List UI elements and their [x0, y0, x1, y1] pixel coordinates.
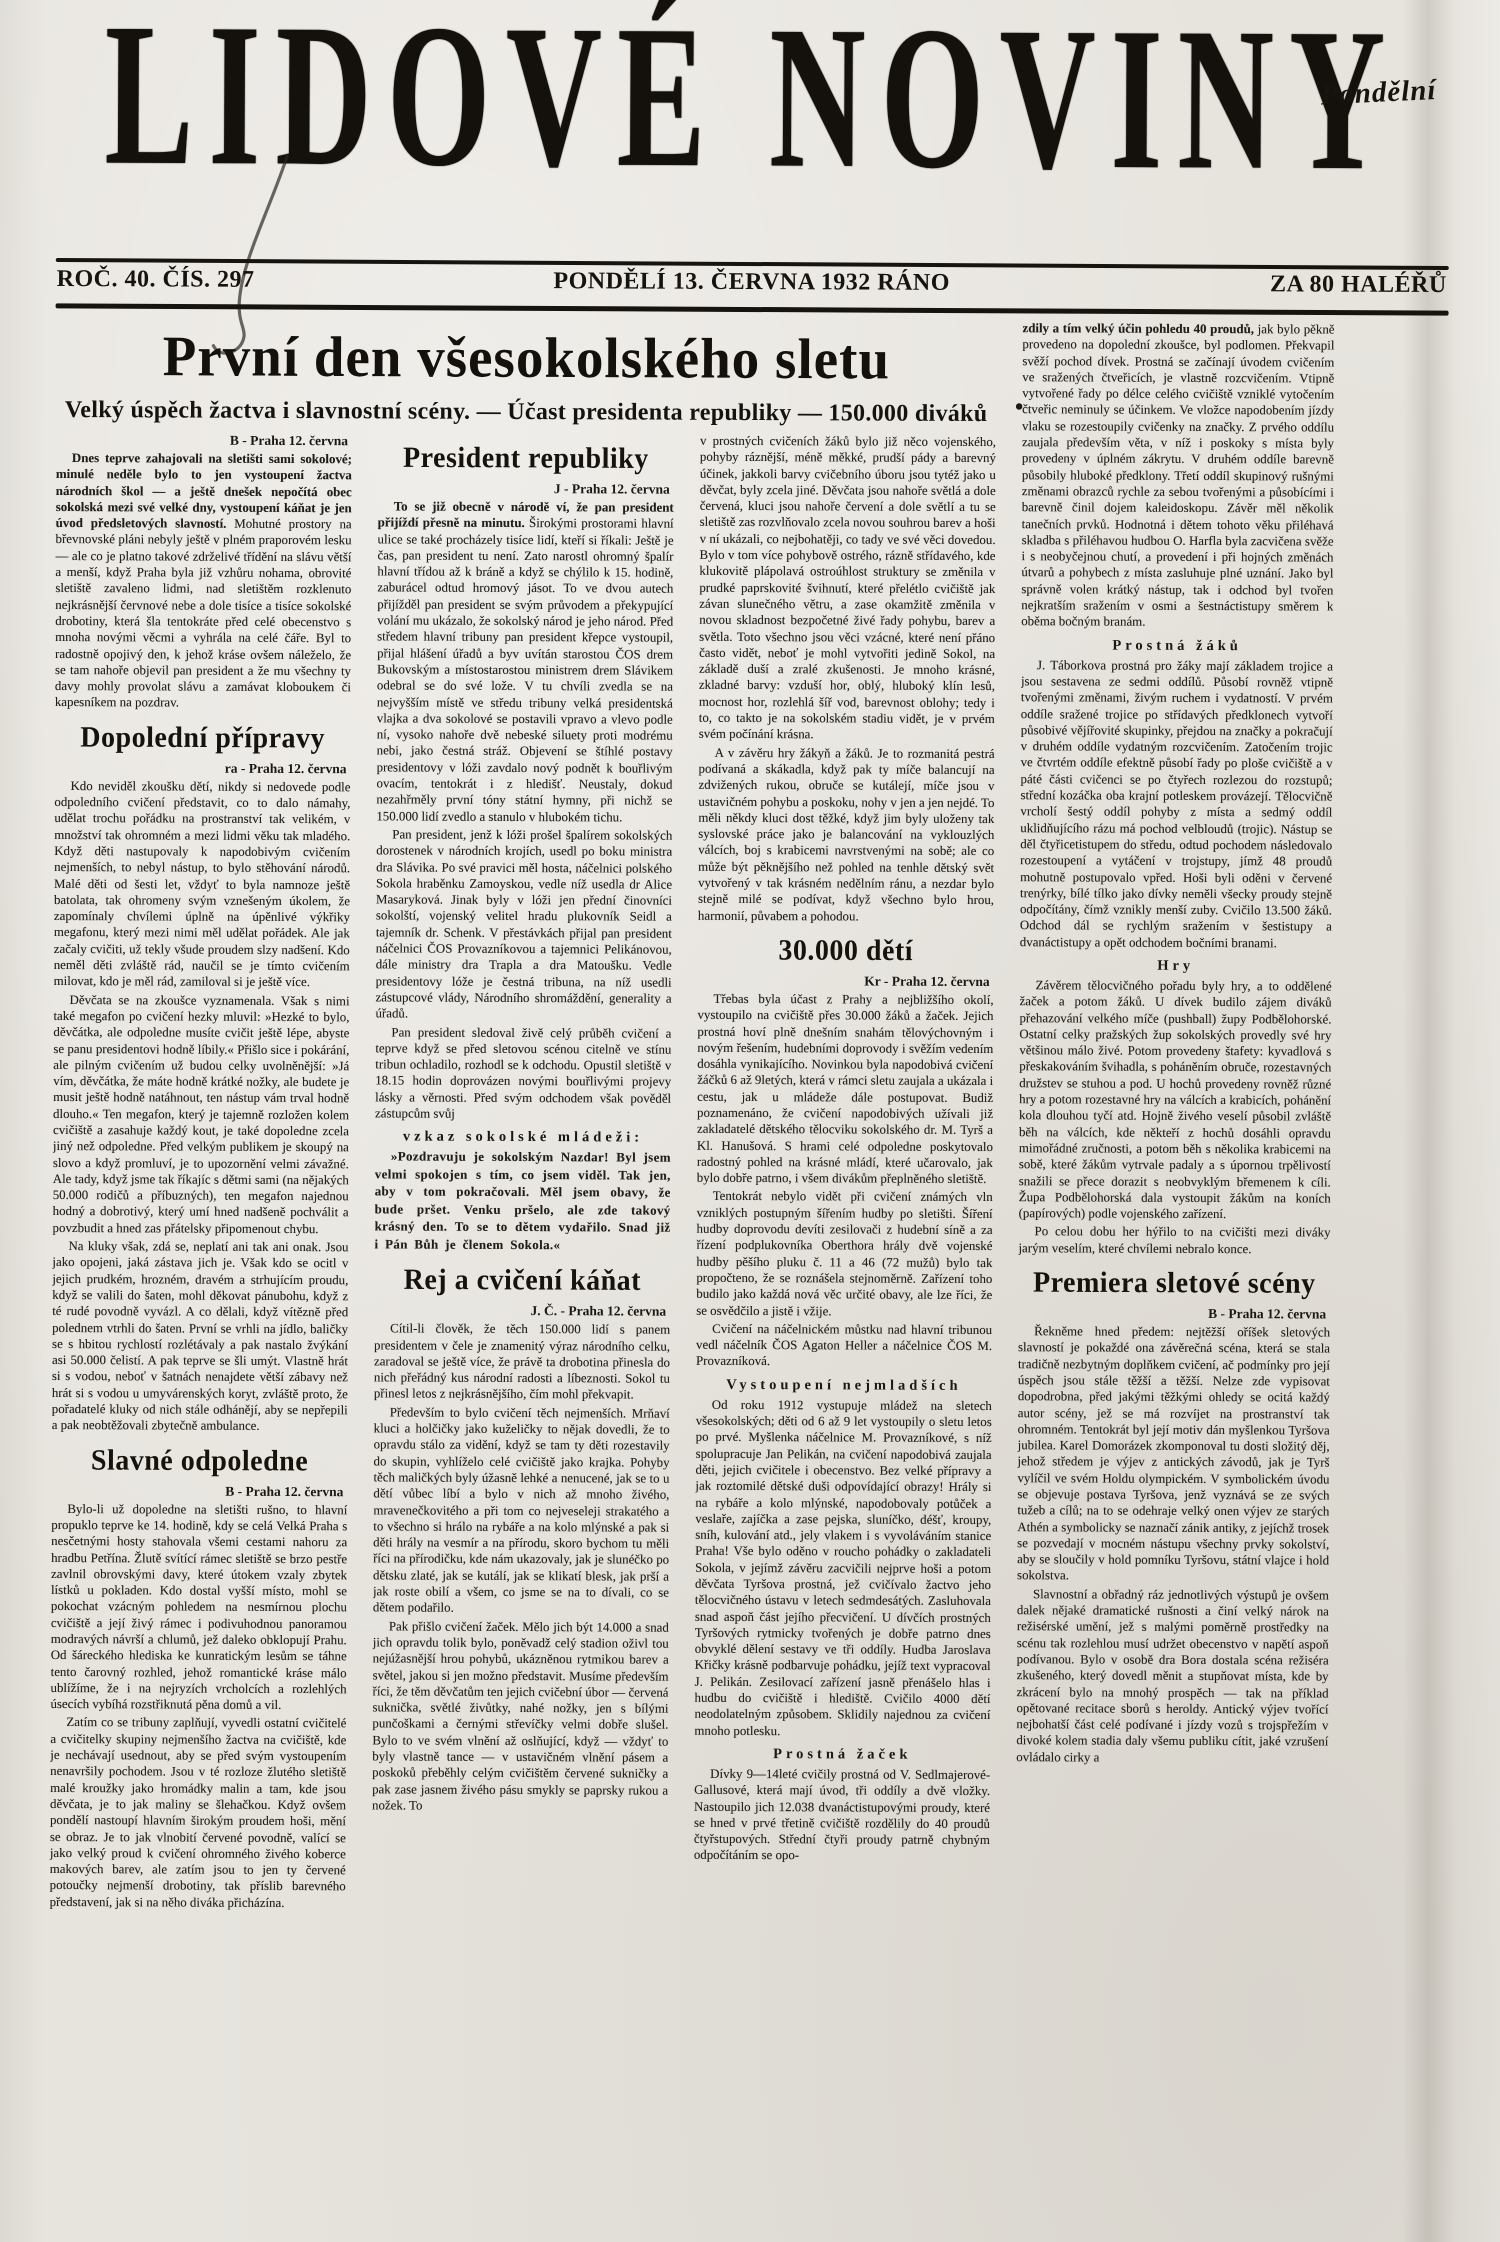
- article-subheading: vzkaz sokolské mládeži:: [375, 1129, 671, 1147]
- article-dateline: J - Praha 12. června: [378, 479, 674, 497]
- article-paragraph: Dnes teprve zahajovali na sletišti sami …: [55, 450, 352, 712]
- article-heading: 30.000 dětí: [698, 934, 994, 969]
- article-paragraph: Pan president, jenž k lóži prošel špalír…: [375, 826, 672, 1023]
- article-paragraph: A v závěru hry žákyň a žáků. Je to rozma…: [698, 744, 995, 925]
- bottom-rule: [56, 303, 1449, 315]
- print-artifact-dot: .: [1014, 372, 1024, 419]
- masthead: LIDOVÉ NOVINY: [72, 49, 1433, 260]
- article-paragraph: v prostných cvičeních žáků bylo již něco…: [699, 433, 996, 744]
- article-paragraph: Cvičení na náčelnickém můstku nad hlavní…: [696, 1321, 992, 1371]
- article-dateline: ra - Praha 12. června: [55, 759, 351, 777]
- edition-label: Pondělní: [1320, 74, 1437, 113]
- article-column-3: v prostných cvičeních žáků bylo již něco…: [692, 433, 996, 2176]
- article-paragraph: Zatím co se tribuny zaplňují, vyvedli os…: [50, 1714, 347, 1911]
- article-paragraph: To se již obecně v národě ví, že pan pre…: [376, 498, 673, 825]
- article-quote: »Pozdravuju je sokolským Nazdar! Byl jse…: [374, 1149, 670, 1255]
- column-row: B - Praha 12. červnaDnes teprve zahajova…: [48, 430, 996, 2176]
- article-paragraph: Od roku 1912 vystupuje mládež na sletech…: [694, 1397, 991, 1741]
- article-dateline: B - Praha 12. června: [51, 1482, 347, 1500]
- article-paragraph: Především to bylo cvičení těch nejmenšíc…: [373, 1404, 670, 1617]
- article-column-4: zdily a tím velký účin pohledu 40 proudů…: [1014, 320, 1334, 2185]
- page-content: První den všesokolského sletu . Velký ús…: [48, 316, 1334, 2186]
- article-dateline: B - Praha 12. června: [56, 431, 352, 449]
- article-subheading: Prostná žáků: [1021, 637, 1333, 655]
- article-paragraph: Pan president sledoval živě celý průběh …: [375, 1024, 671, 1123]
- main-headline: První den všesokolského sletu: [56, 323, 996, 393]
- article-heading: Slavné odpoledne: [51, 1444, 347, 1479]
- article-paragraph: J. Táborkova prostná pro žáky mají zákla…: [1020, 657, 1333, 952]
- article-paragraph: zdily a tím velký účin pohledu 40 proudů…: [1021, 320, 1334, 631]
- article-paragraph: Kdo neviděl zkoušku dětí, nikdy si nedov…: [54, 778, 351, 991]
- article-subheading: Hry: [1020, 957, 1332, 975]
- article-paragraph: Na kluky však, zdá se, neplatí ani tak a…: [52, 1238, 349, 1435]
- article-dateline: B - Praha 12. června: [1018, 1304, 1330, 1322]
- article-heading: Rej a cvičení káňat: [374, 1264, 670, 1299]
- article-paragraph: Řekněme hned předem: nejtěžší oříšek sle…: [1017, 1323, 1330, 1585]
- article-dateline: J. Č. - Praha 12. června: [374, 1302, 670, 1320]
- article-paragraph: Tentokrát nebylo vidět při cvičení známý…: [696, 1188, 993, 1320]
- article-paragraph: Děvčata se na zkoušce vyznamenala. Však …: [53, 992, 350, 1238]
- article-paragraph: Pak přišlo cvičení žaček. Mělo jich být …: [372, 1618, 669, 1815]
- issue-line: ROČ. 40. ČÍS. 297 PONDĚLÍ 13. ČERVNA 193…: [57, 266, 1447, 299]
- issue-date: PONDĚLÍ 13. ČERVNA 1932 RÁNO: [553, 268, 950, 297]
- article-paragraph: Bylo-li už dopoledne na sletišti rušno, …: [50, 1501, 347, 1714]
- article-heading: President republiky: [378, 442, 674, 477]
- article-heading: Dopolední přípravy: [55, 721, 351, 756]
- article-column-1: B - Praha 12. červnaDnes teprve zahajova…: [48, 430, 352, 2173]
- subheadline: Velký úspěch žactva i slavnostní scény. …: [56, 397, 996, 428]
- article-column-2: President republikyJ - Praha 12. červnaT…: [370, 431, 674, 2174]
- issue-price: ZA 80 HALÉŘŮ: [950, 270, 1447, 299]
- article-paragraph: Závěrem tělocvičného pořadu byly hry, a …: [1019, 977, 1332, 1223]
- article-subheading: Prostná žaček: [694, 1746, 990, 1764]
- article-heading: Premiera sletové scény: [1018, 1266, 1330, 1301]
- newspaper-title: LIDOVÉ NOVINY: [104, 0, 1401, 218]
- issue-number: ROČ. 40. ČÍS. 297: [57, 266, 554, 295]
- article-subheading: Vystoupení nejmladších: [696, 1377, 992, 1395]
- article-paragraph: Dívky 9—14leté cvičily prostná od V. Sed…: [694, 1766, 990, 1865]
- headline-block: První den všesokolského sletu . Velký ús…: [56, 316, 996, 428]
- article-paragraph: Slavnostní a obřadný ráz jednotlivých vý…: [1016, 1586, 1329, 1767]
- article-paragraph: Třebas byla účast z Prahy a nejbližšího …: [697, 991, 994, 1188]
- main-article-zone: První den všesokolského sletu . Velký ús…: [48, 316, 996, 2184]
- newspaper-page: LIDOVÉ NOVINY Pondělní ROČ. 40. ČÍS. 297…: [0, 0, 1500, 2242]
- article-paragraph: Cítil-li člověk, že těch 150.000 lidí s …: [374, 1321, 670, 1404]
- article-paragraph: Po celou dobu her hýřilo to na cvičišti …: [1018, 1224, 1330, 1258]
- article-dateline: Kr - Praha 12. června: [698, 972, 994, 990]
